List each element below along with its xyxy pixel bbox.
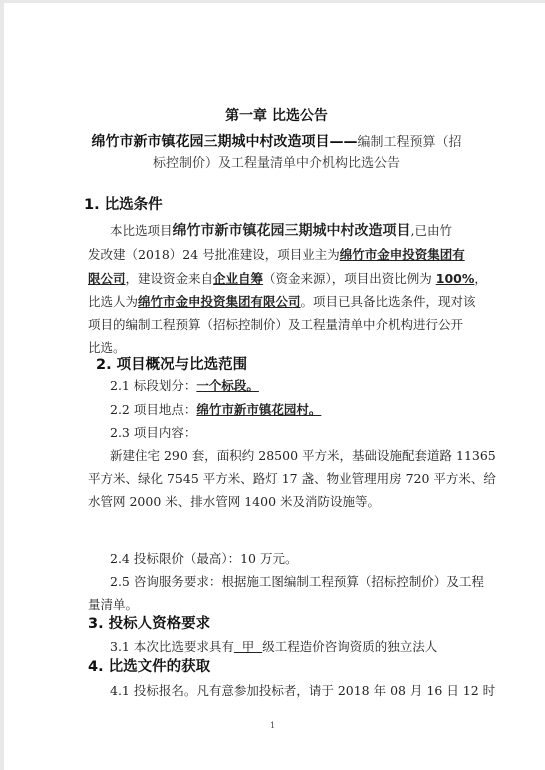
item-2-5-line-1: 2.5 咨询服务要求：根据施工图编制工程预算（招标控制价）及工程: [110, 574, 545, 590]
s1-paragraph-line-2: 发改建（2018）24 号批准建设，项目业主为绵竹市金申投资集团有: [88, 247, 545, 263]
section-1-heading: 1. 比选条件: [84, 197, 545, 213]
item-2-4: 2.4 投标限价（最高）：10 万元。: [110, 551, 545, 567]
project-location: 绵竹市新市镇花园村。: [196, 402, 321, 417]
chapter-title: 第一章 比选公告: [4, 108, 545, 124]
owner-name: 绵竹市金申投资集团有: [340, 247, 465, 262]
content-line-3: 水管网 2000 米、排水管网 1400 米及消防设施等。: [88, 494, 545, 510]
funding-source: 企业自筹: [213, 271, 263, 286]
section-4-heading: 4. 比选文件的获取: [88, 659, 545, 675]
content-line-2: 平方米、绿化 7545 平方米、路灯 17 盏、物业管理用房 720 平方米、给: [88, 471, 545, 487]
funding-ratio: 100%: [436, 271, 475, 286]
page-number: 1: [0, 718, 545, 734]
document-title-line-2: 标控制价）及工程量清单中介机构比选公告: [4, 156, 545, 172]
document-page: 第一章 比选公告 绵竹市新市镇花园三期城中村改造项目——编制工程预算（招 标控制…: [4, 3, 545, 770]
section-2-heading: 2. 项目概况与比选范围: [96, 357, 545, 373]
content-line-1: 新建住宅 290 套，面积约 28500 平方米，基础设施配套道路 11365: [110, 448, 545, 464]
s1-paragraph-line-5: 项目的编制工程预算（招标控制价）及工程量清单中介机构进行公开: [88, 317, 545, 333]
section-3-heading: 3. 投标人资格要求: [88, 616, 545, 632]
s1-paragraph-line-1: 本比选项目绵竹市新市镇花园三期城中村改造项目,已由竹: [110, 223, 545, 239]
selector-name: 绵竹市金申投资集团有限公司: [138, 294, 301, 309]
lot-division: 一个标段。: [196, 378, 259, 393]
s1-paragraph-line-4: 比选人为绵竹市金申投资集团有限公司。项目已具备比选条件，现对该: [88, 294, 545, 310]
title-project-name: 绵竹市新市镇花园三期城中村改造项目——: [91, 134, 357, 150]
item-4-1: 4.1 投标报名。凡有意参加投标者，请于 2018 年 08 月 16 日 12…: [110, 683, 545, 699]
s1-paragraph-line-3: 限公司，建设资金来自企业自筹（资金来源），项目出资比例为 100%，: [88, 271, 545, 287]
item-2-2: 2.2 项目地点：绵竹市新市镇花园村。: [110, 402, 545, 418]
item-2-5-line-2: 量清单。: [88, 597, 545, 613]
qualification-grade: 甲: [234, 639, 262, 654]
project-name: 绵竹市新市镇花园三期城中村改造项目: [173, 223, 411, 239]
s1-paragraph-line-6: 比选。: [88, 340, 545, 356]
item-2-3: 2.3 项目内容：: [110, 425, 545, 441]
document-title-line-1: 绵竹市新市镇花园三期城中村改造项目——编制工程预算（招: [4, 134, 545, 151]
item-2-1: 2.1 标段划分：一个标段。: [110, 378, 545, 394]
item-3-1: 3.1 本次比选要求具有 甲 级工程造价咨询资质的独立法人: [110, 639, 545, 655]
title-rest: 编制工程预算（招: [357, 135, 461, 150]
